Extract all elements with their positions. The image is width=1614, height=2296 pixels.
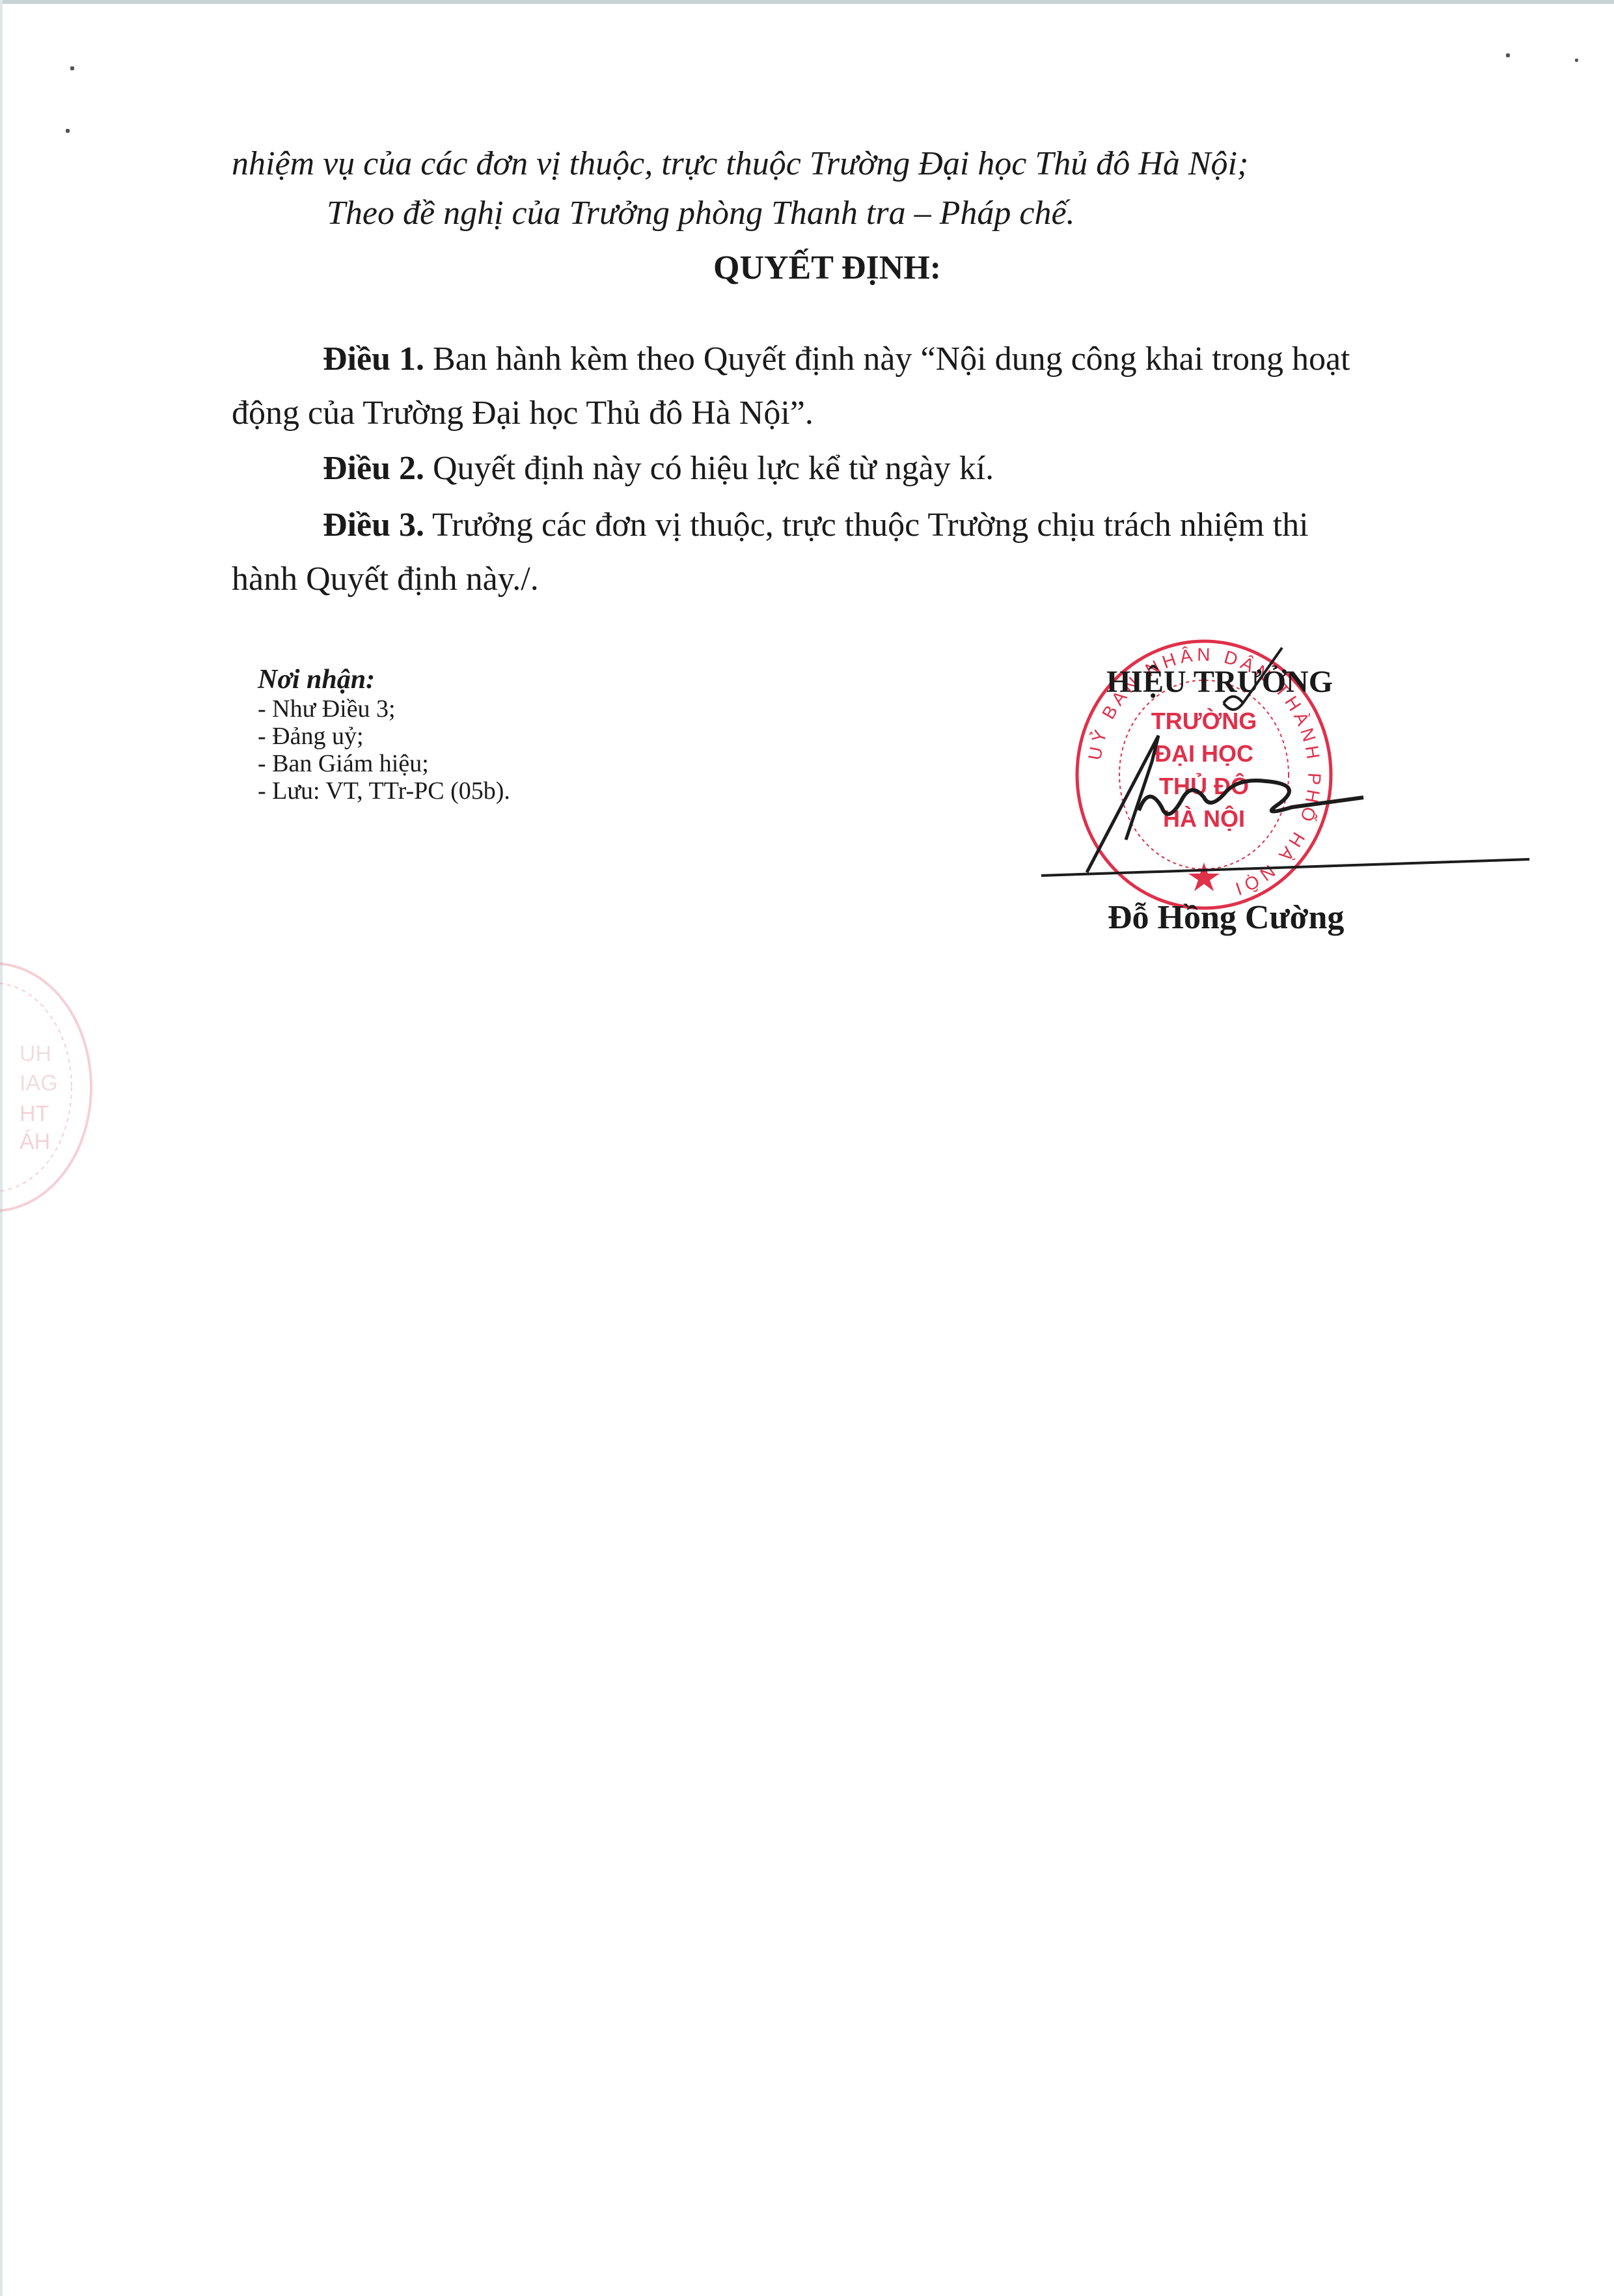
article-3: Điều 3. Trưởng các đơn vị thuộc, trực th… bbox=[323, 506, 1309, 545]
ghost-stamp-fragment: IAG bbox=[20, 1071, 58, 1096]
recipient-item: - Lưu: VT, TTr-PC (05b). bbox=[258, 777, 510, 805]
scan-edge-top bbox=[0, 0, 1614, 4]
recipient-item: - Như Điều 3; bbox=[258, 695, 510, 723]
article-label: Điều 2. bbox=[323, 450, 424, 487]
preamble-line: nhiệm vụ của các đơn vị thuộc, trực thuộ… bbox=[232, 145, 1248, 184]
scan-speck bbox=[1575, 59, 1578, 62]
article-1: Điều 1. Ban hành kèm theo Quyết định này… bbox=[323, 340, 1350, 379]
scan-speck bbox=[70, 66, 74, 70]
recipient-item: - Đảng uỷ; bbox=[258, 723, 510, 750]
decision-heading: QUYẾT ĐỊNH: bbox=[713, 249, 941, 288]
signatory-name: Đỗ Hồng Cường bbox=[1108, 898, 1344, 937]
article-text: Trưởng các đơn vị thuộc, trực thuộc Trườ… bbox=[424, 506, 1309, 544]
article-1-continuation: động của Trường Đại học Thủ đô Hà Nội”. bbox=[232, 394, 814, 433]
ghost-stamp-fragment: UH bbox=[20, 1042, 51, 1066]
scan-speck bbox=[1506, 53, 1510, 57]
ghost-stamp-fragment: HT bbox=[20, 1101, 49, 1126]
recipient-item: - Ban Giám hiệu; bbox=[258, 750, 510, 777]
article-text: Ban hành kèm theo Quyết định này “Nội du… bbox=[424, 340, 1350, 378]
recipients-title: Nơi nhận: bbox=[258, 664, 510, 695]
scan-speck bbox=[66, 129, 70, 133]
article-2: Điều 2. Quyết định này có hiệu lực kể từ… bbox=[323, 449, 994, 488]
ghost-stamp-fragment: ÁH bbox=[20, 1129, 50, 1154]
article-text: Quyết định này có hiệu lực kể từ ngày kí… bbox=[424, 450, 994, 487]
recipients-block: Nơi nhận: - Như Điều 3; - Đảng uỷ; - Ban… bbox=[258, 664, 510, 805]
article-label: Điều 1. bbox=[323, 340, 424, 378]
preamble-line: Theo đề nghị của Trưởng phòng Thanh tra … bbox=[327, 194, 1075, 233]
handwritten-signature-icon bbox=[1028, 625, 1536, 898]
signature-block: UỶ BAN NHÂN DÂN THÀNH PHỐ HÀ NỘI TRƯỜNG … bbox=[1028, 625, 1536, 963]
article-3-continuation: hành Quyết định này./. bbox=[232, 560, 539, 599]
article-label: Điều 3. bbox=[323, 506, 424, 544]
ghost-stamp-icon: UH IAG HT ÁH bbox=[0, 950, 104, 1224]
